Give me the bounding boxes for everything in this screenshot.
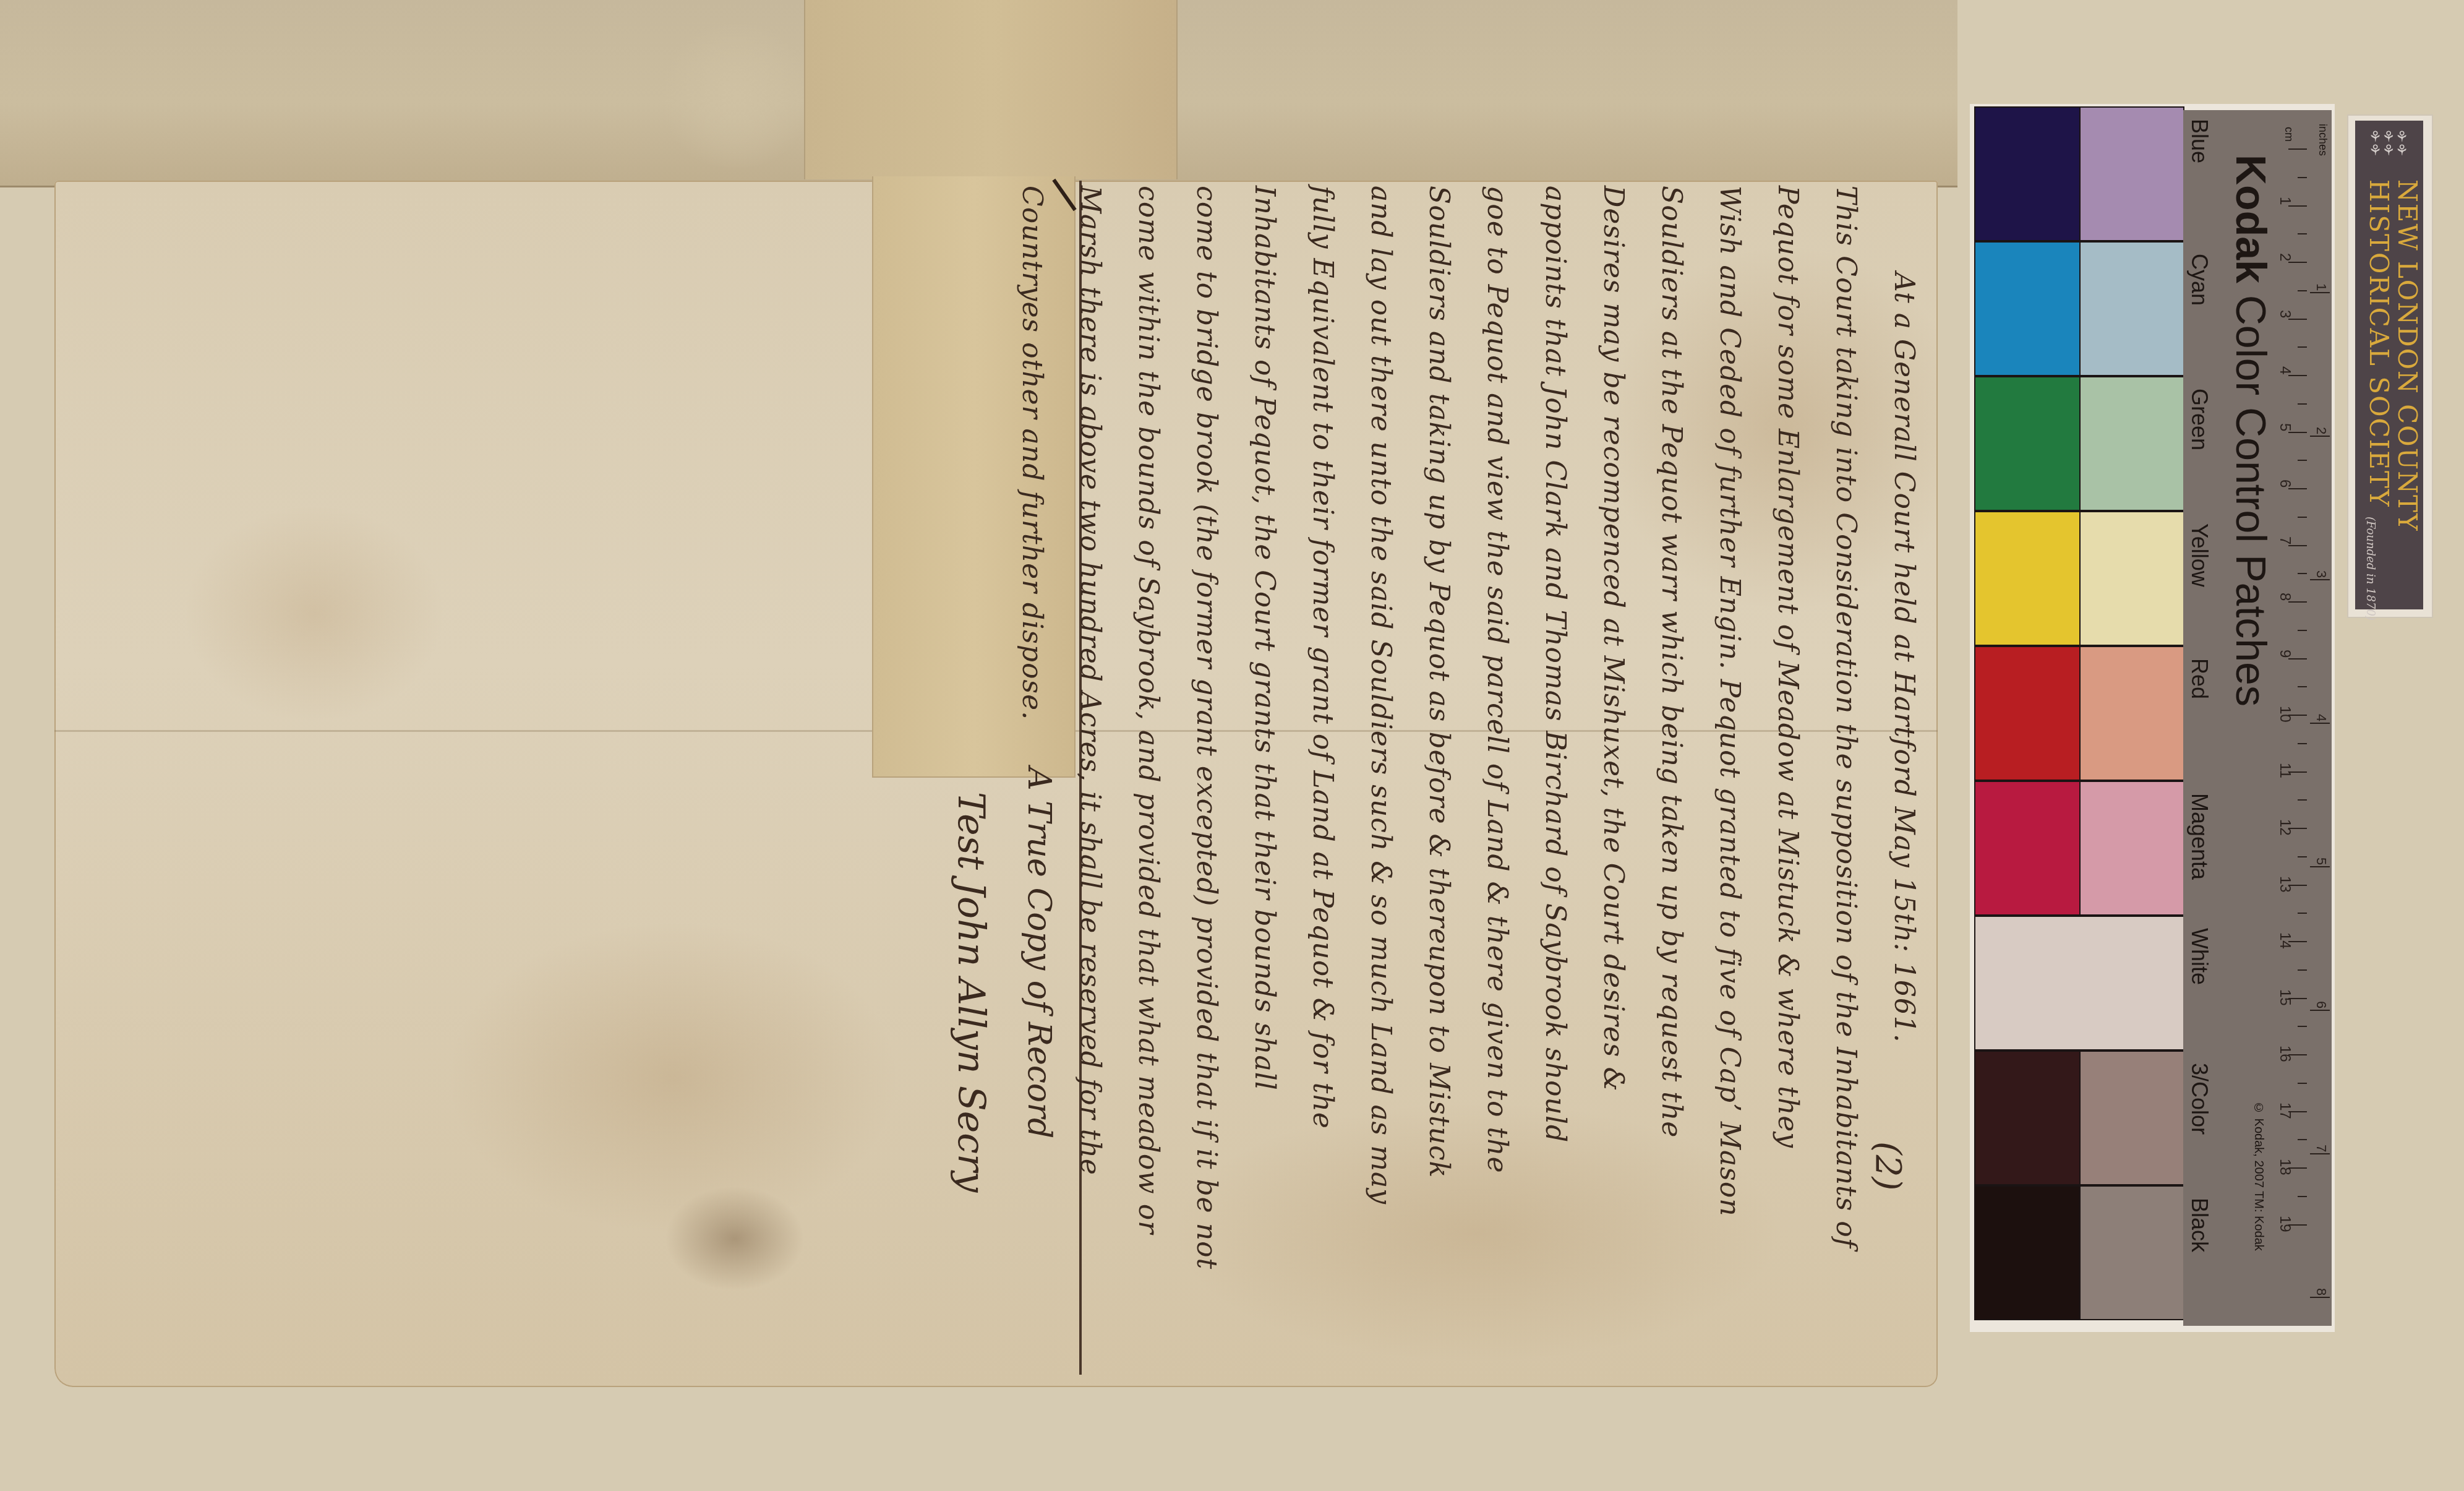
ruler-tick <box>2288 488 2307 489</box>
ruler-tick <box>2298 630 2307 631</box>
cm-tick-label: 4 <box>2276 366 2293 374</box>
patch-label: Black <box>2186 1198 2212 1252</box>
patch-label: 3/Color <box>2186 1063 2212 1135</box>
ruler-tick <box>2298 1196 2307 1197</box>
ruler-tick <box>2288 262 2307 263</box>
color-patch-cyan-light <box>2079 241 2184 376</box>
cm-tick-label: 11 <box>2276 763 2293 778</box>
cm-tick-label: 18 <box>2276 1159 2293 1175</box>
cm-tick-label: 1 <box>2276 197 2293 205</box>
patch-label: Yellow <box>2186 523 2212 587</box>
inch-tick-label: 5 <box>2313 857 2329 865</box>
archive-name-line2: HISTORICAL SOCIETY <box>2364 179 2394 508</box>
patch-label: Green <box>2186 389 2212 450</box>
cm-tick-label: 3 <box>2276 310 2293 318</box>
manuscript-line: Desires may be recompenced at Mishuxet, … <box>1584 186 1642 1380</box>
ruler-tick <box>2298 743 2307 744</box>
ruler-tick <box>2298 686 2307 687</box>
cm-tick-label: 10 <box>2276 706 2293 723</box>
manuscript-text: At a Generall Court held at Hartford May… <box>1092 186 1933 1380</box>
color-patch-cyan-dark <box>1974 241 2081 376</box>
cm-tick-label: 15 <box>2276 989 2293 1006</box>
cm-tick-label: 17 <box>2276 1102 2293 1119</box>
manuscript-line: Souldiers at the Pequot warr which being… <box>1642 186 1700 1380</box>
archive-name-line1: NEW LONDON COUNTY <box>2392 179 2423 532</box>
ruler-tick <box>2298 517 2307 518</box>
inch-tick <box>2310 1010 2330 1011</box>
patch-label: Blue <box>2186 119 2212 163</box>
cm-tick-label: 9 <box>2276 650 2293 658</box>
kodak-title: Kodak Color Control Patches <box>2227 155 2275 707</box>
inch-tick <box>2310 723 2330 724</box>
color-patch-white <box>1974 916 2184 1051</box>
society-logo-icon: ⚘⚘⚘⚘⚘⚘ <box>2364 130 2413 173</box>
inch-tick <box>2310 579 2330 580</box>
ruler-tick <box>2288 205 2307 207</box>
page-number: (2) <box>1821 1141 1908 1228</box>
inch-tick-label: 6 <box>2313 1001 2329 1008</box>
secretary-signature: Test John Allyn Secry <box>937 767 1005 1373</box>
inch-tick-label: 8 <box>2313 1288 2329 1295</box>
inch-tick <box>2310 436 2330 437</box>
inch-tick-label: 1 <box>2313 283 2329 291</box>
manuscript-line: and lay out there unto the said Souldier… <box>1351 186 1410 1380</box>
color-patch-red-light <box>2079 646 2184 781</box>
color-patch-3-color-dark <box>1974 1051 2081 1185</box>
ruler-tick <box>2288 601 2307 603</box>
inch-tick-label: 4 <box>2313 714 2329 721</box>
repair-tape-top <box>804 0 1178 179</box>
ruler-tick <box>2298 1139 2307 1140</box>
color-patch-magenta-dark <box>1974 781 2081 916</box>
ruler-tick <box>2298 290 2307 291</box>
inch-tick <box>2310 1153 2330 1154</box>
ruler-tick <box>2298 177 2307 178</box>
cm-tick-label: 13 <box>2276 876 2293 893</box>
color-patch-blue-dark <box>1974 106 2081 241</box>
patch-label: Magenta <box>2186 793 2212 880</box>
cm-tick-label: 2 <box>2276 253 2293 261</box>
inch-tick-label: 7 <box>2313 1145 2329 1152</box>
inch-tick <box>2310 292 2330 293</box>
manuscript-line: appoints that John Clark and Thomas Birc… <box>1526 186 1584 1380</box>
cm-tick-label: 19 <box>2276 1216 2293 1232</box>
ruler-tick <box>2298 460 2307 461</box>
kodak-copyright: © Kodak, 2007 TM: Kodak <box>2251 1101 2265 1251</box>
ruler-tick <box>2298 1083 2307 1084</box>
unit-cm-label: cm <box>2282 127 2295 142</box>
manuscript-line: Souldiers and taking up by Pequot as bef… <box>1410 186 1468 1380</box>
cm-tick-label: 12 <box>2276 819 2293 836</box>
inch-tick <box>2310 866 2330 867</box>
inch-tick-label: 3 <box>2313 570 2329 578</box>
cm-tick-label: 16 <box>2276 1046 2293 1062</box>
ruler-tick <box>2288 375 2307 376</box>
kodak-brand: Kodak <box>2227 155 2274 283</box>
ruler-tick <box>2298 913 2307 914</box>
color-patch-yellow-light <box>2079 511 2184 646</box>
ruler-tick <box>2298 1026 2307 1027</box>
color-patch-black-dark <box>1974 1185 2081 1320</box>
manuscript-line: come to bridge brook (the former grant e… <box>1177 186 1235 1380</box>
manuscript-line: goe to Pequot and view the said parcell … <box>1468 186 1526 1380</box>
inch-tick <box>2310 1297 2330 1298</box>
manuscript-line: come within the bounds of Saybrook, and … <box>1119 186 1177 1380</box>
color-patch-green-light <box>2079 376 2184 511</box>
manuscript-line: Inhabitants of Pequot, the Court grants … <box>1235 186 1293 1380</box>
inch-tick-label: 2 <box>2313 427 2329 434</box>
cm-tick-label: 6 <box>2276 479 2293 488</box>
manuscript-line: Pequot for some Enlargement of Meadow at… <box>1758 186 1816 1380</box>
ruler-tick <box>2288 545 2307 546</box>
attestation-block: A True Copy of Record Test John Allyn Se… <box>906 767 1073 1373</box>
patch-label: Red <box>2186 658 2212 699</box>
true-copy-note: A True Copy of Record <box>1005 767 1073 1373</box>
color-patch-yellow-dark <box>1974 511 2081 646</box>
color-patch-green-dark <box>1974 376 2081 511</box>
cm-tick-label: 7 <box>2276 536 2293 544</box>
ruler-tick <box>2298 573 2307 574</box>
water-stain <box>656 25 816 167</box>
color-patch-blue-light <box>2079 106 2184 241</box>
ruler-tick <box>2298 856 2307 857</box>
ruler-tick <box>2298 346 2307 348</box>
ruler-tick <box>2288 148 2307 150</box>
archive-founded: (Founded in 1870) <box>2364 517 2377 621</box>
manuscript-line: fully Equivalent to their former grant o… <box>1293 186 1351 1380</box>
cm-tick-label: 14 <box>2276 932 2293 949</box>
ruler-tick <box>2298 799 2307 801</box>
unit-inches-label: inches <box>2316 124 2329 156</box>
cm-tick-label: 5 <box>2276 423 2293 431</box>
ruler-tick <box>2288 319 2307 320</box>
color-patch-3-color-light <box>2079 1051 2184 1185</box>
patch-label: White <box>2186 928 2212 985</box>
color-patch-black-light <box>2079 1185 2184 1320</box>
ruler-tick <box>2288 432 2307 433</box>
ruler-tick <box>2288 658 2307 660</box>
manuscript-line: Wish and Ceded of further Engin. Pequot … <box>1700 186 1758 1380</box>
ruler-tick <box>2298 403 2307 405</box>
color-patch-magenta-light <box>2079 781 2184 916</box>
kodak-title-rest: Color Control Patches <box>2227 295 2274 707</box>
ruler-tick <box>2298 233 2307 234</box>
patch-label: Cyan <box>2186 254 2212 306</box>
ruler-tick <box>2298 969 2307 971</box>
cm-tick-label: 8 <box>2276 593 2293 601</box>
color-patch-red-dark <box>1974 646 2081 781</box>
